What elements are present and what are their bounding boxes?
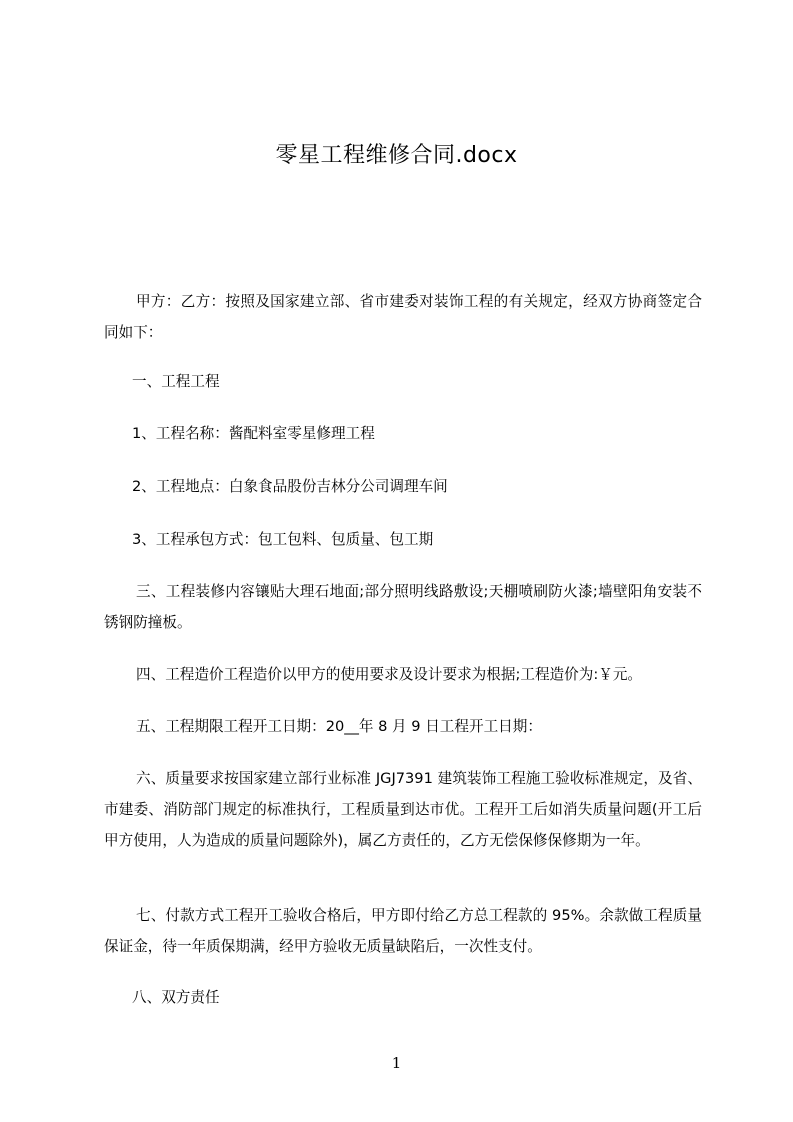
section-payment-method: 七、付款方式工程开工验收合格后，甲方即付给乙方总工程款的 95%。余款做工程质量… xyxy=(104,900,702,962)
project-name-item: 1、工程名称：酱配料室零星修理工程 xyxy=(104,418,702,449)
document-page: 零星工程维修合同.docx 甲方：乙方：按照及国家建立部、省市建委对装饰工程的有… xyxy=(0,0,793,1122)
section-project-period: 五、工程期限工程开工日期：20__年 8 月 9 日工程开工日期： xyxy=(104,711,702,742)
section-mutual-responsibilities: 八、双方责任 xyxy=(104,982,702,1013)
preamble-paragraph: 甲方：乙方：按照及国家建立部、省市建委对装饰工程的有关规定，经双方协商签定合同如… xyxy=(104,286,702,348)
page-number: 1 xyxy=(0,1054,793,1072)
section-heading-project: 一、工程工程 xyxy=(104,366,702,397)
contract-method-item: 3、工程承包方式：包工包料、包质量、包工期 xyxy=(104,524,702,555)
section-renovation-content: 三、工程装修内容镶贴大理石地面;部分照明线路敷设;天棚喷刷防火漆;墙壁阳角安装不… xyxy=(104,576,702,638)
document-title: 零星工程维修合同.docx xyxy=(0,140,793,172)
section-project-cost: 四、工程造价工程造价以甲方的使用要求及设计要求为根据;工程造价为:￥元。 xyxy=(104,659,702,690)
project-location-item: 2、工程地点：白象食品股份吉林分公司调理车间 xyxy=(104,471,702,502)
section-quality-requirements: 六、质量要求按国家建立部行业标准 JGJ7391 建筑装饰工程施工验收标准规定，… xyxy=(104,763,702,856)
